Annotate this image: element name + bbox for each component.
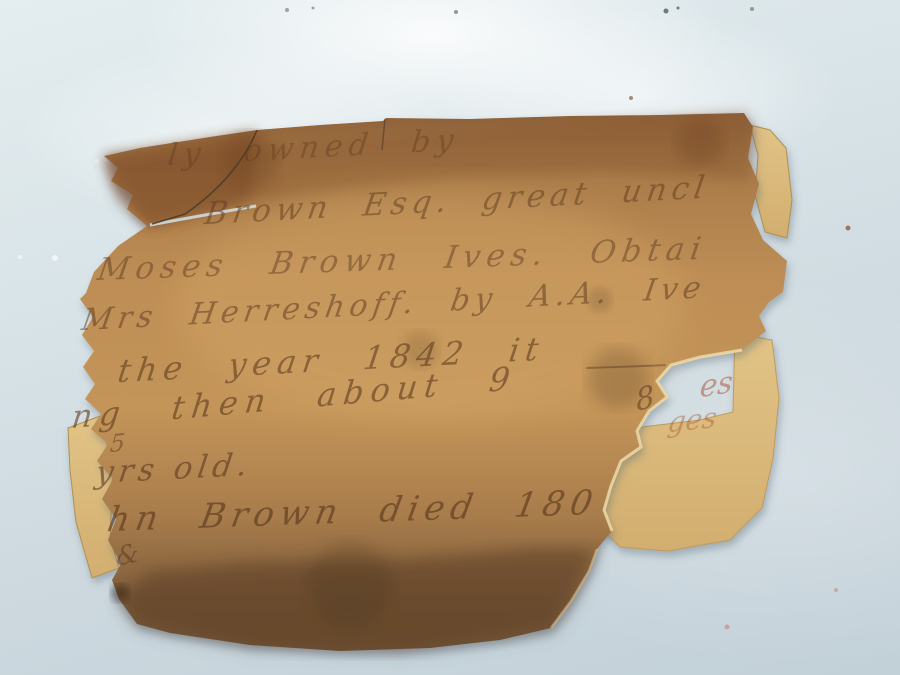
surface-speck bbox=[834, 588, 838, 592]
surface-speck bbox=[725, 625, 730, 630]
paper-group bbox=[80, 113, 787, 651]
paper-stain bbox=[402, 332, 438, 368]
surface-speck bbox=[312, 7, 315, 10]
paper-stain bbox=[308, 543, 392, 627]
paper-stain bbox=[588, 288, 612, 312]
paper-stain bbox=[676, 118, 724, 166]
surface-speck bbox=[629, 96, 633, 100]
surface-speck bbox=[846, 226, 851, 231]
paper-stain bbox=[222, 134, 278, 190]
paper-stain bbox=[111, 584, 129, 602]
surface-speck bbox=[18, 255, 22, 259]
surface-speck bbox=[285, 8, 289, 12]
paper-scene bbox=[0, 0, 900, 675]
surface-speck bbox=[664, 9, 669, 14]
surface-speck bbox=[677, 7, 680, 10]
paper-stain bbox=[588, 348, 648, 408]
surface-speck bbox=[454, 10, 458, 14]
surface-speck bbox=[95, 159, 99, 163]
surface-speck bbox=[750, 7, 754, 11]
surface-speck bbox=[52, 255, 58, 261]
photograph: ly owned by Brown Esq. great uncl Moses … bbox=[0, 0, 900, 675]
